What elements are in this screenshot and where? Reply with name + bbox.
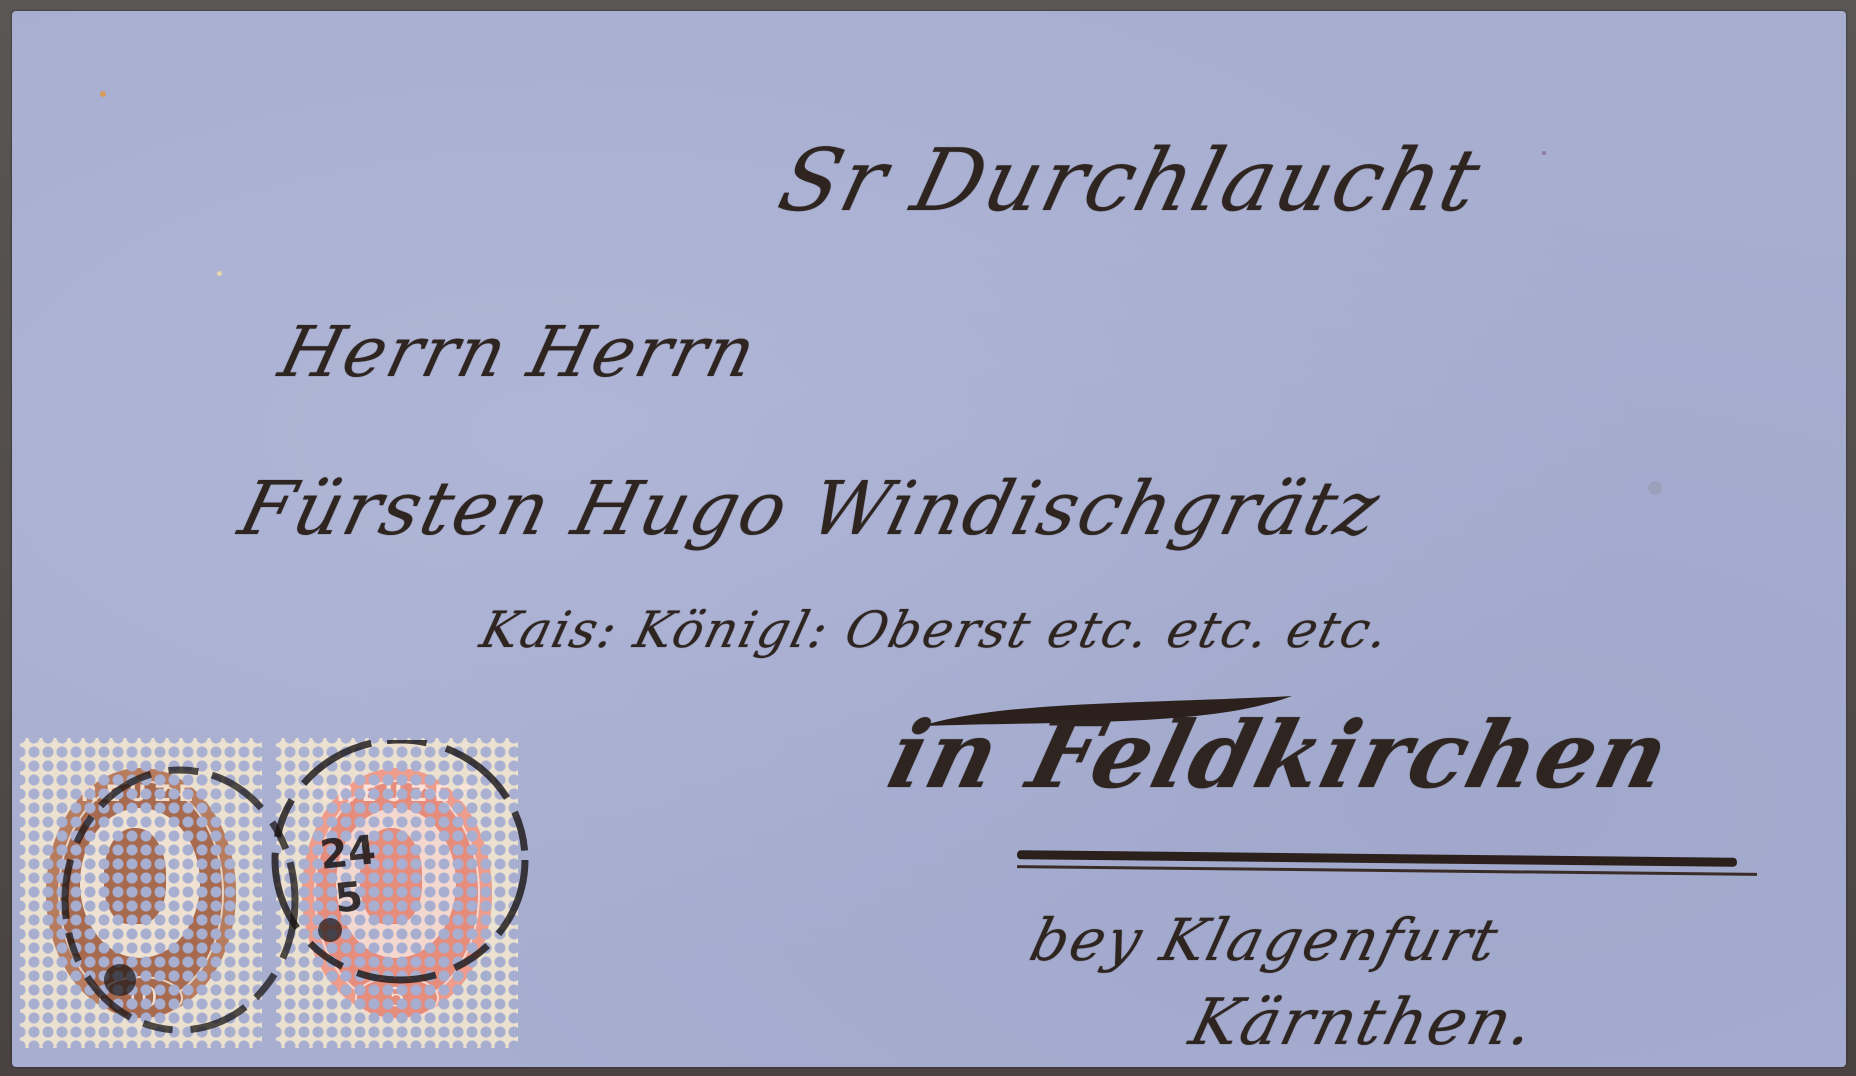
paper-speck xyxy=(100,91,106,97)
stamp-value: 10 xyxy=(101,978,181,1018)
address-line-near: bey Klagenfurt xyxy=(1024,906,1507,974)
address-line-salutation: Sr Durchlaucht xyxy=(770,131,1492,231)
emperor-portrait-icon xyxy=(104,828,166,924)
stamp-inscription: KREUZER xyxy=(276,782,518,807)
stamp-10-kreuzer: KREUZER 10 xyxy=(20,738,262,1048)
stamp-value: 5 xyxy=(357,978,437,1018)
paper-speck xyxy=(1542,151,1546,155)
address-line-honorific: Herrn Herrn xyxy=(272,311,766,393)
town-underline xyxy=(1017,850,1737,867)
address-line-name: Fürsten Hugo Windischgrätz xyxy=(231,466,1389,552)
address-line-town: in Feldkirchen xyxy=(879,701,1681,809)
address-line-region: Kärnthen. xyxy=(1183,986,1544,1060)
postmark-month: 5 xyxy=(333,874,365,923)
postmark-day: 24 xyxy=(318,827,378,879)
address-line-rank: Kais: Königl: Oberst etc. etc. etc. xyxy=(475,601,1397,659)
paper-speck xyxy=(1648,481,1662,495)
stamp-pair: KREUZER 10 KREUZER 5 xyxy=(20,738,532,1048)
paper-speck xyxy=(217,271,222,276)
stamp-5-kreuzer: KREUZER 5 xyxy=(276,738,518,1048)
stamp-inscription: KREUZER xyxy=(20,782,262,807)
town-underline-thin xyxy=(1017,865,1757,876)
